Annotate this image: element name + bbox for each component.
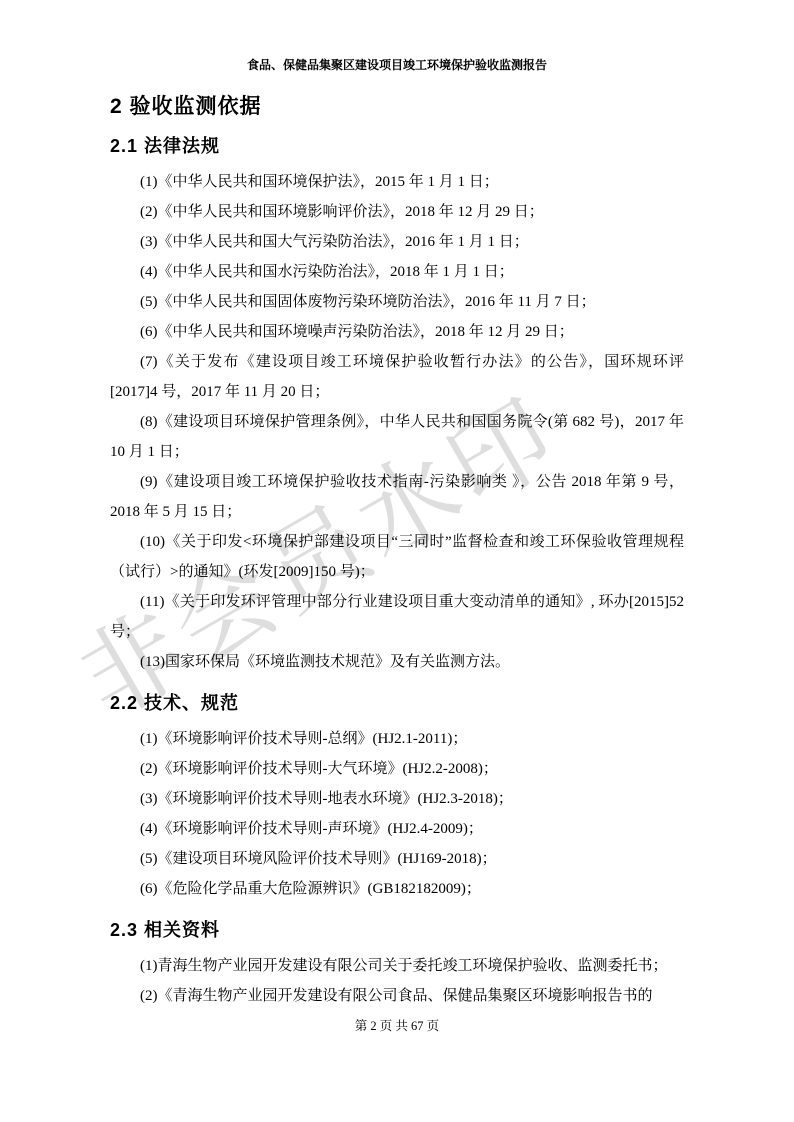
page-number-footer: 第 2 页 共 67 页 <box>110 1019 684 1034</box>
section-heading-standards: 2.2 技术、规范 <box>110 691 684 716</box>
running-header: 食品、保健品集聚区建设项目竣工环境保护验收监测报告 <box>110 58 684 72</box>
section-items-standards: (1)《环境影响评价技术导则-总纲》(HJ2.1-2011)；(2)《环境影响评… <box>110 724 684 904</box>
section-items-references: (1)青海生物产业园开发建设有限公司关于委托竣工环境保护验收、监测委托书；(2)… <box>110 951 684 1011</box>
list-item: (8)《建设项目环境保护管理条例》，中华人民共和国国务院令(第 682 号)，2… <box>110 407 684 467</box>
list-item: (11)《关于印发环评管理中部分行业建设项目重大变动清单的通知》, 环办[201… <box>110 587 684 647</box>
section-laws: 2.1 法律法规 (1)《中华人民共和国环境保护法》，2015 年 1 月 1 … <box>110 134 684 677</box>
list-item: (2)《青海生物产业园开发建设有限公司食品、保健品集聚区环境影响报告书的 <box>110 981 684 1011</box>
list-item: (1)《中华人民共和国环境保护法》，2015 年 1 月 1 日； <box>110 167 684 197</box>
list-item: (10)《关于印发<环境保护部建设项目“三同时”监督检查和竣工环保验收管理规程（… <box>110 527 684 587</box>
list-item: (2)《中华人民共和国环境影响评价法》，2018 年 12 月 29 日； <box>110 197 684 227</box>
section-references: 2.3 相关资料 (1)青海生物产业园开发建设有限公司关于委托竣工环境保护验收、… <box>110 918 684 1011</box>
chapter-heading: 2 验收监测依据 <box>110 94 684 120</box>
list-item: (1)《环境影响评价技术导则-总纲》(HJ2.1-2011)； <box>110 724 684 754</box>
list-item: (6)《危险化学品重大危险源辨识》(GB182182009)； <box>110 874 684 904</box>
page-content: 食品、保健品集聚区建设项目竣工环境保护验收监测报告 2 验收监测依据 2.1 法… <box>0 0 794 1034</box>
list-item: (1)青海生物产业园开发建设有限公司关于委托竣工环境保护验收、监测委托书； <box>110 951 684 981</box>
list-item: (5)《建设项目环境风险评价技术导则》(HJ169-2018)； <box>110 844 684 874</box>
section-heading-references: 2.3 相关资料 <box>110 918 684 943</box>
list-item: (4)《中华人民共和国水污染防治法》，2018 年 1 月 1 日； <box>110 257 684 287</box>
list-item: (13)国家环保局《环境监测技术规范》及有关监测方法。 <box>110 647 684 677</box>
list-item: (2)《环境影响评价技术导则-大气环境》(HJ2.2-2008)； <box>110 754 684 784</box>
list-item: (3)《中华人民共和国大气污染防治法》，2016 年 1 月 1 日； <box>110 227 684 257</box>
list-item: (9)《建设项目竣工环境保护验收技术指南-污染影响类 》，公告 2018 年第 … <box>110 467 684 527</box>
list-item: (3)《环境影响评价技术导则-地表水环境》(HJ2.3-2018)； <box>110 784 684 814</box>
list-item: (4)《环境影响评价技术导则-声环境》(HJ2.4-2009)； <box>110 814 684 844</box>
list-item: (5)《中华人民共和国固体废物污染环境防治法》，2016 年 11 月 7 日； <box>110 287 684 317</box>
section-standards: 2.2 技术、规范 (1)《环境影响评价技术导则-总纲》(HJ2.1-2011)… <box>110 691 684 904</box>
document-page: 非会员水印 食品、保健品集聚区建设项目竣工环境保护验收监测报告 2 验收监测依据… <box>0 0 794 1122</box>
list-item: (7)《关于发布《建设项目竣工环境保护验收暂行办法》的公告》，国环规环评[201… <box>110 347 684 407</box>
section-items-laws: (1)《中华人民共和国环境保护法》，2015 年 1 月 1 日；(2)《中华人… <box>110 167 684 677</box>
section-heading-laws: 2.1 法律法规 <box>110 134 684 159</box>
list-item: (6)《中华人民共和国环境噪声污染防治法》，2018 年 12 月 29 日； <box>110 317 684 347</box>
